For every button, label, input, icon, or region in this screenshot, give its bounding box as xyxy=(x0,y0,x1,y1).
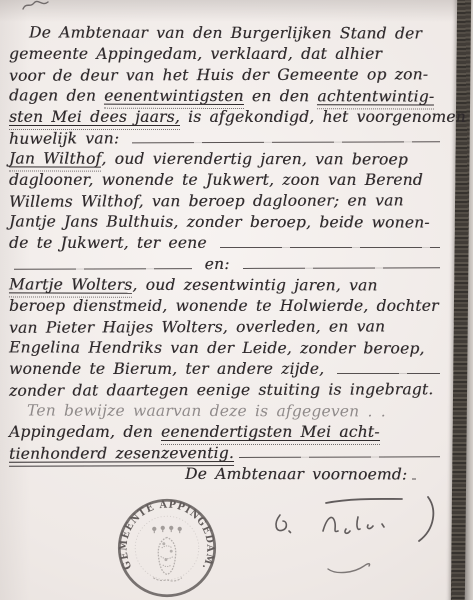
text-segment: voor de deur van het Huis der Gemeente o… xyxy=(9,65,428,84)
dash-fill xyxy=(14,268,192,270)
text-line: voor de deur van het Huis der Gemeente o… xyxy=(9,65,445,88)
text-block: De Ambtenaar van den Burgerlijken Stand … xyxy=(9,24,445,486)
text-segment: De Ambtenaar van den Burgerlijken Stand … xyxy=(29,23,422,42)
text-line: gemeente Appingedam, verklaard, dat alhi… xyxy=(9,45,445,66)
text-segment: Jan Wilthof xyxy=(9,149,101,171)
text-segment: eenendertigsten Mei acht- xyxy=(161,423,380,445)
text-line: huwelijk van: xyxy=(9,128,445,151)
text-segment: , oud vierendertig jaren, van beroep xyxy=(101,150,408,169)
dash-fill xyxy=(337,373,440,374)
text-segment: huwelijk van: xyxy=(9,129,127,147)
text-line: beroep dienstmeid, wonende te Holwierde,… xyxy=(9,297,445,318)
dash-fill xyxy=(412,478,416,479)
text-segment: achtentwintig- xyxy=(317,87,434,109)
dash-fill xyxy=(243,267,440,269)
text-segment: tienhonderd zesenzeventig. xyxy=(9,444,234,467)
text-line: de te Jukwert, ter eene xyxy=(9,234,445,255)
text-segment: gemeente Appingedam, verklaard, dat alhi… xyxy=(9,45,382,63)
text-segment: daglooner, wonende te Jukwert, zoon van … xyxy=(9,171,423,189)
stamp-ornaments xyxy=(153,526,182,533)
text-line: sten Mei dees jaars, is afgekondigd, het… xyxy=(9,108,445,129)
ink-mark xyxy=(22,0,50,12)
text-line: De Ambtenaar van den Burgerlijken Stand … xyxy=(9,23,445,45)
text-segment: , oud zesentwintig jaren, van xyxy=(132,276,377,295)
dash-fill xyxy=(220,247,440,248)
text-segment: sten Mei dees jaars, xyxy=(9,108,180,130)
text-line: Appingedam, den eenendertigsten Mei acht… xyxy=(9,423,445,444)
text-segment: De Ambtenaar voornoemd: xyxy=(185,465,407,484)
text-line: wonende te Bierum, ter andere zijde, xyxy=(9,360,445,381)
text-line: Ten bewijze waarvan deze is afgegeven . … xyxy=(9,401,445,423)
text-segment: Jantje Jans Bulthuis, zonder beroep, bei… xyxy=(9,212,430,231)
text-segment: de te Jukwert, ter eene xyxy=(9,234,215,252)
text-segment: Engelina Hendriks van der Leide, zonder … xyxy=(9,338,425,357)
text-segment: eenentwintigsten xyxy=(104,87,244,109)
text-segment: Willems Wilthof, van beroep daglooner; e… xyxy=(9,191,404,210)
stamp-inner-ring xyxy=(135,516,199,580)
text-line: Martje Wolters, oud zesentwintig jaren, … xyxy=(9,275,445,297)
text-segment: Appingedam, den xyxy=(9,423,161,441)
stamp-ring-text: GEMEENTE APPINGEDAM. xyxy=(115,495,220,581)
text-line: dagen den eenentwintigsten en den achten… xyxy=(9,86,445,108)
text-segment: en den xyxy=(244,87,318,105)
text-segment: beroep dienstmeid, wonende te Holwierde,… xyxy=(9,297,439,315)
text-line: en: xyxy=(9,254,445,277)
signature-scrawl xyxy=(260,489,465,581)
dash-fill xyxy=(132,141,440,143)
text-line: Engelina Hendriks van der Leide, zonder … xyxy=(9,338,445,360)
text-segment: dagen den xyxy=(9,86,104,104)
text-line: van Pieter Haijes Wolters, overleden, en… xyxy=(9,317,445,340)
text-segment: Martje Wolters xyxy=(9,275,132,297)
text-line: De Ambtenaar voornoemd: xyxy=(9,464,445,486)
text-segment: wonende te Bierum, ter andere zijde, xyxy=(9,360,332,378)
text-segment: is afgekondigd, het voorgenomen xyxy=(180,108,466,126)
municipal-stamp: GEMEENTE APPINGEDAM. xyxy=(114,495,220,600)
text-line: daglooner, wonende te Jukwert, zoon van … xyxy=(9,171,445,192)
text-line: tienhonderd zesenzeventig. xyxy=(9,443,445,466)
dash-fill xyxy=(239,456,440,458)
text-segment: Ten bewijze waarvan deze is afgegeven . … xyxy=(27,401,386,420)
text-line: Jan Wilthof, oud vierendertig jaren, van… xyxy=(9,149,445,171)
text-segment: en: xyxy=(196,255,237,273)
text-line: Jantje Jans Bulthuis, zonder beroep, bei… xyxy=(9,212,445,234)
text-segment: zonder dat daartegen eenige stuiting is … xyxy=(9,380,433,399)
stamp-crest xyxy=(153,537,182,581)
scanned-document-page: De Ambtenaar van den Burgerlijken Stand … xyxy=(0,0,473,600)
text-line: zonder dat daartegen eenige stuiting is … xyxy=(9,380,445,403)
text-line: Willems Wilthof, van beroep daglooner; e… xyxy=(9,191,445,214)
text-segment: van Pieter Haijes Wolters, overleden, en… xyxy=(9,317,385,336)
